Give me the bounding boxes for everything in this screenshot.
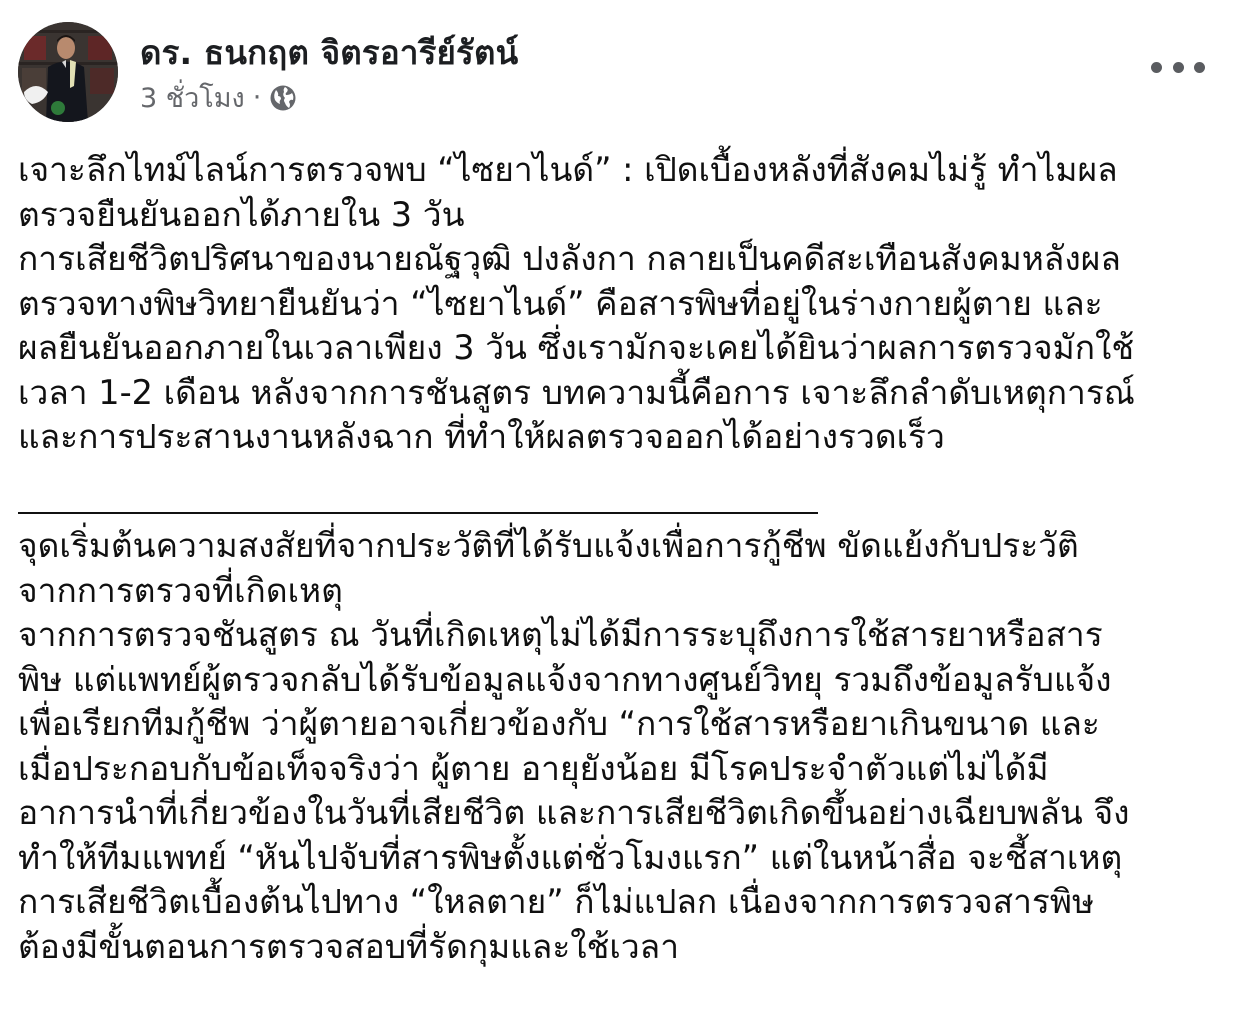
post-section: จุดเริ่มต้นความสงสัยที่จากประวัติที่ได้ร… <box>18 524 1223 969</box>
post-text-line: และการประสานงานหลังฉาก ที่ทำให้ผลตรวจออก… <box>18 415 1223 460</box>
post-text-line: เจาะลึกไทม์ไลน์การตรวจพบ “ไซยาไนด์” : เป… <box>18 148 1223 193</box>
profile-photo-icon <box>18 22 118 122</box>
post-text-line: ตรวจยืนยันออกได้ภายใน 3 วัน <box>18 193 1223 238</box>
meta-separator: · <box>253 82 262 113</box>
globe-icon[interactable] <box>269 84 297 112</box>
post-text-line: พิษ แต่แพทย์ผู้ตรวจกลับได้รับข้อมูลแจ้งจ… <box>18 658 1223 703</box>
post-text-line: เมื่อประกอบกับข้อเท็จจริงว่า ผู้ตาย อายุ… <box>18 747 1223 792</box>
post-text-line: จากการตรวจชันสูตร ณ วันที่เกิดเหตุไม่ได้… <box>18 613 1223 658</box>
post-text-line: ต้องมีขั้นตอนการตรวจสอบที่รัดกุมและใช้เว… <box>18 925 1223 970</box>
post-meta: 3 ชั่วโมง · <box>140 76 297 119</box>
author-avatar[interactable] <box>18 22 118 122</box>
author-name[interactable]: ดร. ธนกฤต จิตรอารีย์รัตน์ <box>140 26 518 79</box>
post-text-line: ทำให้ทีมแพทย์ “หันไปจับที่สารพิษตั้งแต่ช… <box>18 836 1223 881</box>
more-horizontal-icon <box>1173 62 1184 73</box>
post-text-line: จากการตรวจที่เกิดเหตุ <box>18 569 1223 614</box>
post-text-line: เพื่อเรียกทีมกู้ชีพ ว่าผู้ตายอาจเกี่ยวข้… <box>18 702 1223 747</box>
post-text-line: อาการนำที่เกี่ยวข้องในวันที่เสียชีวิต แล… <box>18 791 1223 836</box>
post-text-line: เวลา 1-2 เดือน หลังจากการชันสูตร บทความน… <box>18 371 1223 416</box>
post-header: ดร. ธนกฤต จิตรอารีย์รัตน์ 3 ชั่วโมง · <box>18 22 1233 126</box>
more-horizontal-icon <box>1194 62 1205 73</box>
post-text-line: การเสียชีวิตปริศนาของนายณัฐวุฒิ ปงลังกา … <box>18 237 1223 282</box>
post-text-line: ตรวจทางพิษวิทยายืนยันว่า “ไซยาไนด์” คือส… <box>18 282 1223 327</box>
more-options-button[interactable] <box>1151 52 1205 82</box>
post-text-line: ผลยืนยันออกภายในเวลาเพียง 3 วัน ซึ่งเราม… <box>18 326 1223 371</box>
blank-line <box>18 460 1223 505</box>
post-intro: เจาะลึกไทม์ไลน์การตรวจพบ “ไซยาไนด์” : เป… <box>18 148 1223 460</box>
post-timestamp[interactable]: 3 ชั่วโมง <box>140 76 245 119</box>
more-horizontal-icon <box>1151 62 1162 73</box>
post-body: เจาะลึกไทม์ไลน์การตรวจพบ “ไซยาไนด์” : เป… <box>18 148 1223 969</box>
section-divider <box>18 512 818 514</box>
post-text-line: จุดเริ่มต้นความสงสัยที่จากประวัติที่ได้ร… <box>18 524 1223 569</box>
post-text-line: การเสียชีวิตเบื้องต้นไปทาง “ใหลตาย” ก็ไม… <box>18 880 1223 925</box>
